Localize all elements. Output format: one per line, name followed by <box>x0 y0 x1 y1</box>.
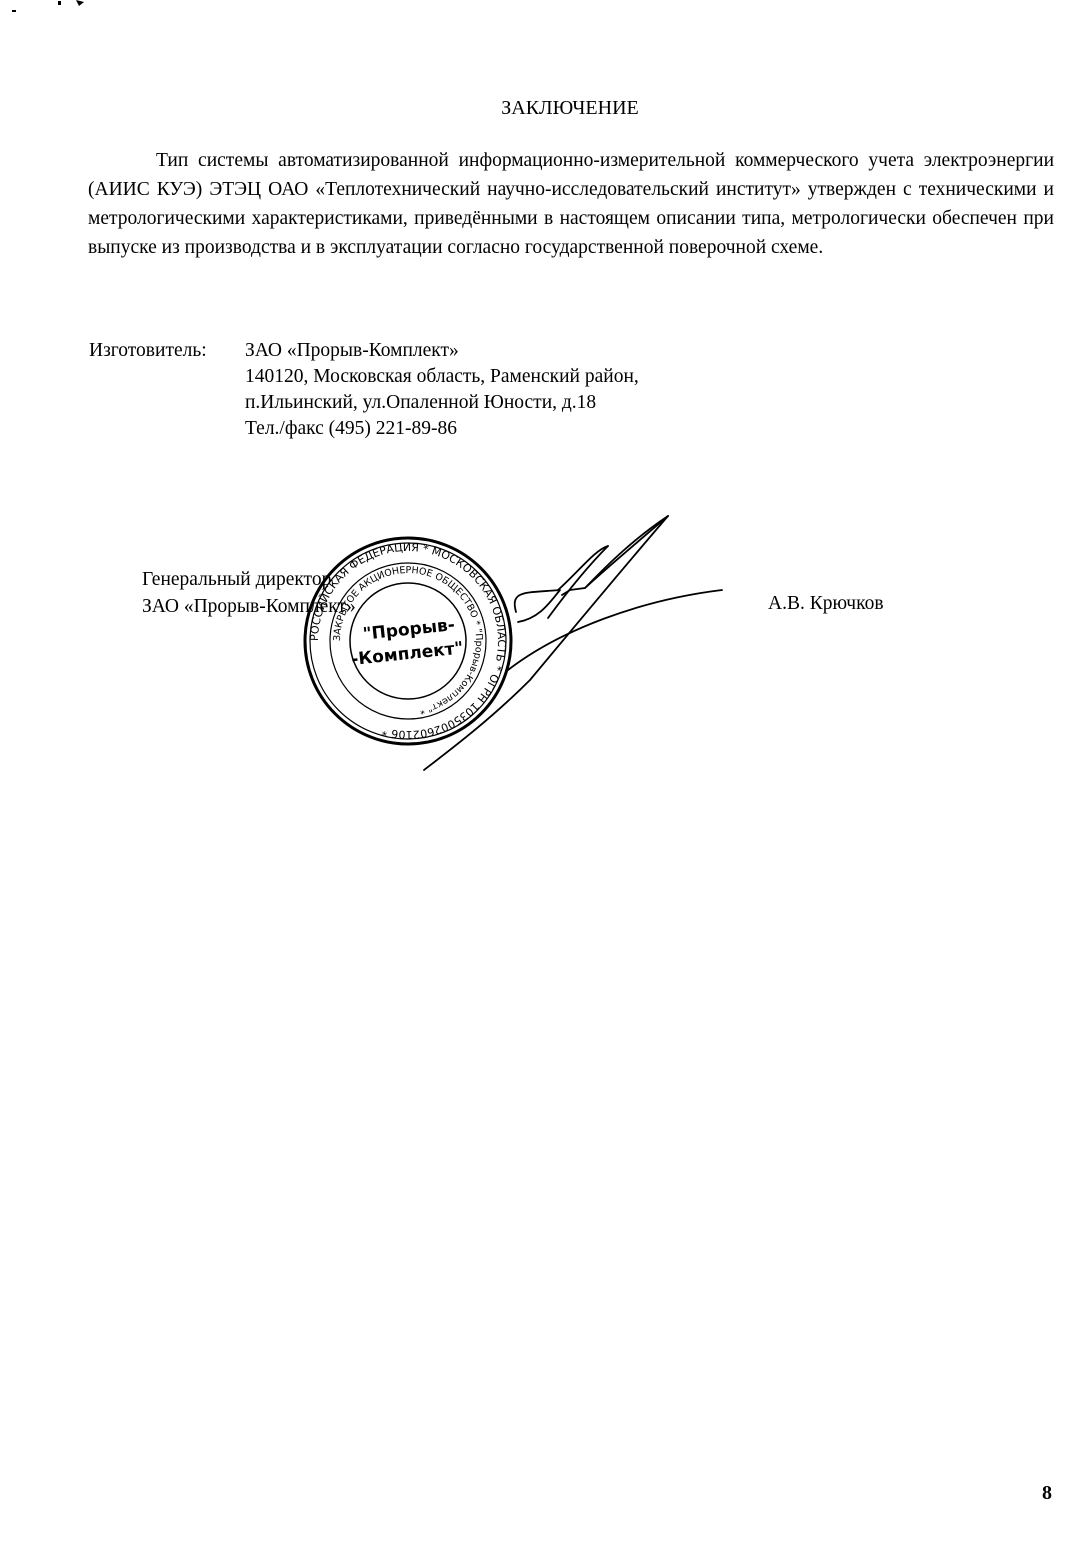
manufacturer-name: ЗАО «Прорыв-Комплект» <box>245 338 639 364</box>
manufacturer-phone: Тел./факс (495) 221-89-86 <box>245 416 639 442</box>
manufacturer-details: ЗАО «Прорыв-Комплект» 140120, Московская… <box>245 338 639 442</box>
page-number: 8 <box>1042 1482 1052 1505</box>
page-title: ЗАКЛЮЧЕНИЕ <box>0 97 1092 120</box>
conclusion-paragraph: Тип системы автоматизированной информаци… <box>88 146 1054 262</box>
manufacturer-address-2: п.Ильинский, ул.Опаленной Юности, д.18 <box>245 390 639 416</box>
handwritten-signature <box>410 510 730 780</box>
manufacturer-address-1: 140120, Московская область, Раменский ра… <box>245 364 639 390</box>
signatory-name: А.В. Крючков <box>768 593 884 615</box>
manufacturer-label: Изготовитель: <box>89 338 207 364</box>
scan-artifacts <box>0 0 120 20</box>
